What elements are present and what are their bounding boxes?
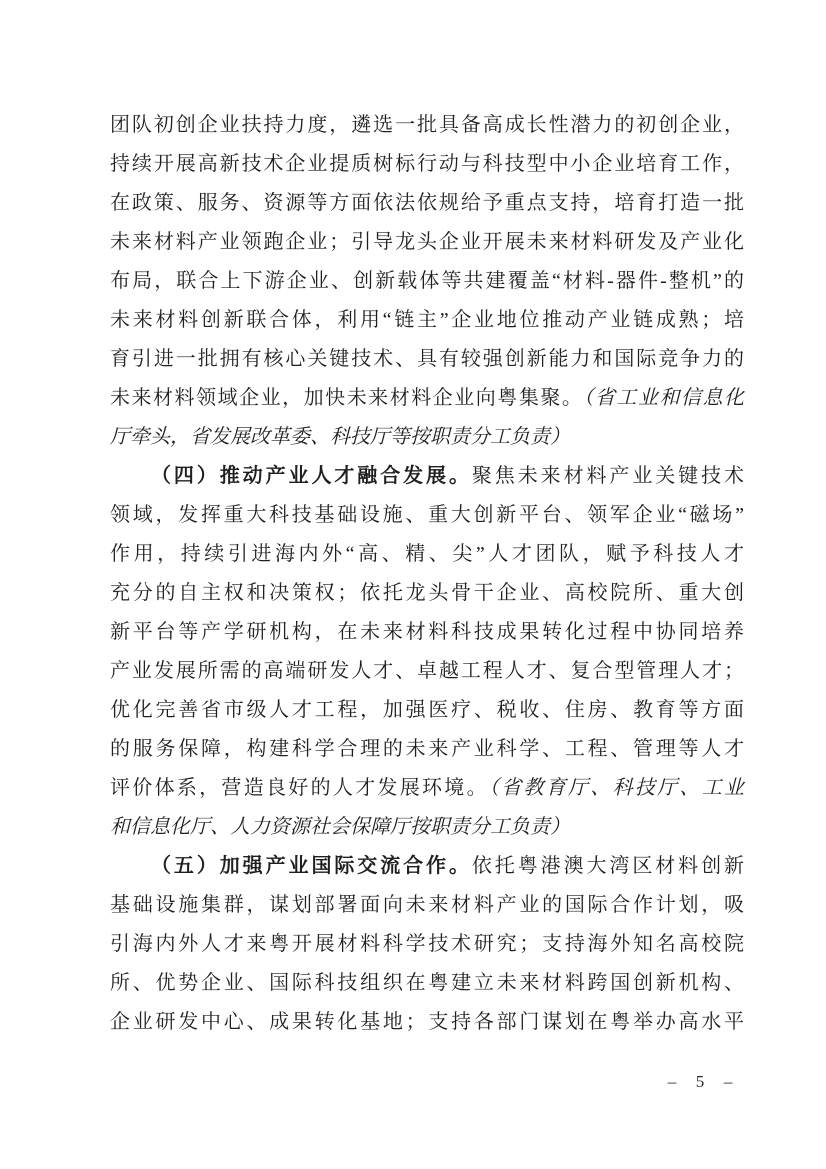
text-segment-normal: 充分的自主权和决策权；依托龙头骨干企业、高校院所、重大创 <box>110 582 744 604</box>
text-line: 和信息化厅、人力资源社会保障厅按职责分工负责） <box>110 808 744 847</box>
text-segment-normal: 团队初创企业扶持力度，遴选一批具备高成长性潜力的初创企业， <box>110 114 744 136</box>
text-segment-kai: （省教育厅、科技厅、工业 <box>489 777 744 799</box>
text-segment-normal: 产业发展所需的高端研发人才、卓越工程人才、复合型管理人才； <box>110 660 744 682</box>
text-segment-normal: 未来材料创新联合体，利用“链主”企业地位推动产业链成熟；培 <box>110 309 744 331</box>
text-segment-normal: 评价体系，营造良好的人才发展环境。 <box>110 777 489 799</box>
text-line: 充分的自主权和决策权；依托龙头骨干企业、高校院所、重大创 <box>110 574 744 613</box>
text-line: 基础设施集群，谋划部署面向未来材料产业的国际合作计划，吸 <box>110 886 744 925</box>
text-line: 未来材料领域企业，加快未来材料企业向粤集聚。（省工业和信息化 <box>110 379 744 418</box>
text-segment-normal: 作用，持续引进海内外“高、精、尖”人才团队，赋予科技人才 <box>110 543 744 565</box>
text-line: 所、优势企业、国际科技组织在粤建立未来材料跨国创新机构、 <box>110 964 744 1003</box>
text-segment-normal: 企业研发中心、成果转化基地；支持各部门谋划在粤举办高水平 <box>110 1011 744 1033</box>
text-segment-normal: 未来材料产业领跑企业；引导龙头企业开展未来材料研发及产业化 <box>110 231 744 253</box>
text-line: 评价体系，营造良好的人才发展环境。（省教育厅、科技厅、工业 <box>110 769 744 808</box>
text-line: 布局，联合上下游企业、创新载体等共建覆盖“材料-器件-整机”的 <box>110 262 744 301</box>
text-segment-kai: （省工业和信息化 <box>583 387 744 409</box>
text-segment-normal: 优化完善省市级人才工程，加强医疗、税收、住房、教育等方面 <box>110 699 744 721</box>
text-segment-normal: 未来材料领域企业，加快未来材料企业向粤集聚。 <box>110 387 583 409</box>
text-line: 优化完善省市级人才工程，加强医疗、税收、住房、教育等方面 <box>110 691 744 730</box>
text-segment-kai: 厅牵头，省发展改革委、科技厅等按职责分工负责） <box>110 426 570 448</box>
text-segment-normal: 依托粤港澳大湾区材料创新 <box>472 855 744 877</box>
text-line: 未来材料产业领跑企业；引导龙头企业开展未来材料研发及产业化 <box>110 223 744 262</box>
text-line: 企业研发中心、成果转化基地；支持各部门谋划在粤举办高水平 <box>110 1003 744 1042</box>
text-segment-normal: 引海内外人才来粤开展材料科学技术研究；支持海外知名高校院 <box>110 933 744 955</box>
text-line: 育引进一批拥有核心关键技术、具有较强创新能力和国际竞争力的 <box>110 340 744 379</box>
text-line: 持续开展高新技术企业提质树标行动与科技型中小企业培育工作， <box>110 145 744 184</box>
text-line: 引海内外人才来粤开展材料科学技术研究；支持海外知名高校院 <box>110 925 744 964</box>
text-line: （五）加强产业国际交流合作。依托粤港澳大湾区材料创新 <box>110 847 744 886</box>
text-segment-normal: 育引进一批拥有核心关键技术、具有较强创新能力和国际竞争力的 <box>110 348 744 370</box>
text-line: 未来材料创新联合体，利用“链主”企业地位推动产业链成熟；培 <box>110 301 744 340</box>
text-segment-normal: 布局，联合上下游企业、创新载体等共建覆盖“材料-器件-整机”的 <box>110 270 744 292</box>
text-segment-normal: 的服务保障，构建科学合理的未来产业科学、工程、管理等人才 <box>110 738 744 760</box>
text-line: （四）推动产业人才融合发展。聚焦未来材料产业关键技术 <box>110 457 744 496</box>
text-line: 团队初创企业扶持力度，遴选一批具备高成长性潜力的初创企业， <box>110 106 744 145</box>
text-segment-normal: 在政策、服务、资源等方面依法依规给予重点支持，培育打造一批 <box>110 192 744 214</box>
text-segment-normal: 基础设施集群，谋划部署面向未来材料产业的国际合作计划，吸 <box>110 894 744 916</box>
text-segment-normal: 领域，发挥重大科技基础设施、重大创新平台、领军企业“磁场” <box>110 504 744 526</box>
text-line: 在政策、服务、资源等方面依法依规给予重点支持，培育打造一批 <box>110 184 744 223</box>
page-number: – 5 – <box>668 1071 740 1093</box>
text-block: 团队初创企业扶持力度，遴选一批具备高成长性潜力的初创企业，持续开展高新技术企业提… <box>110 106 744 1042</box>
document-page: 团队初创企业扶持力度，遴选一批具备高成长性潜力的初创企业，持续开展高新技术企业提… <box>0 0 826 1169</box>
text-segment-bold: （五）加强产业国际交流合作。 <box>151 855 472 877</box>
text-line: 新平台等产学研机构，在未来材料科技成果转化过程中协同培养 <box>110 613 744 652</box>
text-segment-normal: 所、优势企业、国际科技组织在粤建立未来材料跨国创新机构、 <box>110 972 744 994</box>
text-segment-bold: （四）推动产业人才融合发展。 <box>151 465 472 487</box>
text-line: 的服务保障，构建科学合理的未来产业科学、工程、管理等人才 <box>110 730 744 769</box>
text-segment-normal: 新平台等产学研机构，在未来材料科技成果转化过程中协同培养 <box>110 621 744 643</box>
text-segment-normal: 聚焦未来材料产业关键技术 <box>472 465 744 487</box>
text-line: 领域，发挥重大科技基础设施、重大创新平台、领军企业“磁场” <box>110 496 744 535</box>
text-segment-kai: 和信息化厅、人力资源社会保障厅按职责分工负责） <box>110 816 570 838</box>
text-segment-normal: 持续开展高新技术企业提质树标行动与科技型中小企业培育工作， <box>110 153 744 175</box>
text-line: 作用，持续引进海内外“高、精、尖”人才团队，赋予科技人才 <box>110 535 744 574</box>
text-line: 厅牵头，省发展改革委、科技厅等按职责分工负责） <box>110 418 744 457</box>
text-line: 产业发展所需的高端研发人才、卓越工程人才、复合型管理人才； <box>110 652 744 691</box>
